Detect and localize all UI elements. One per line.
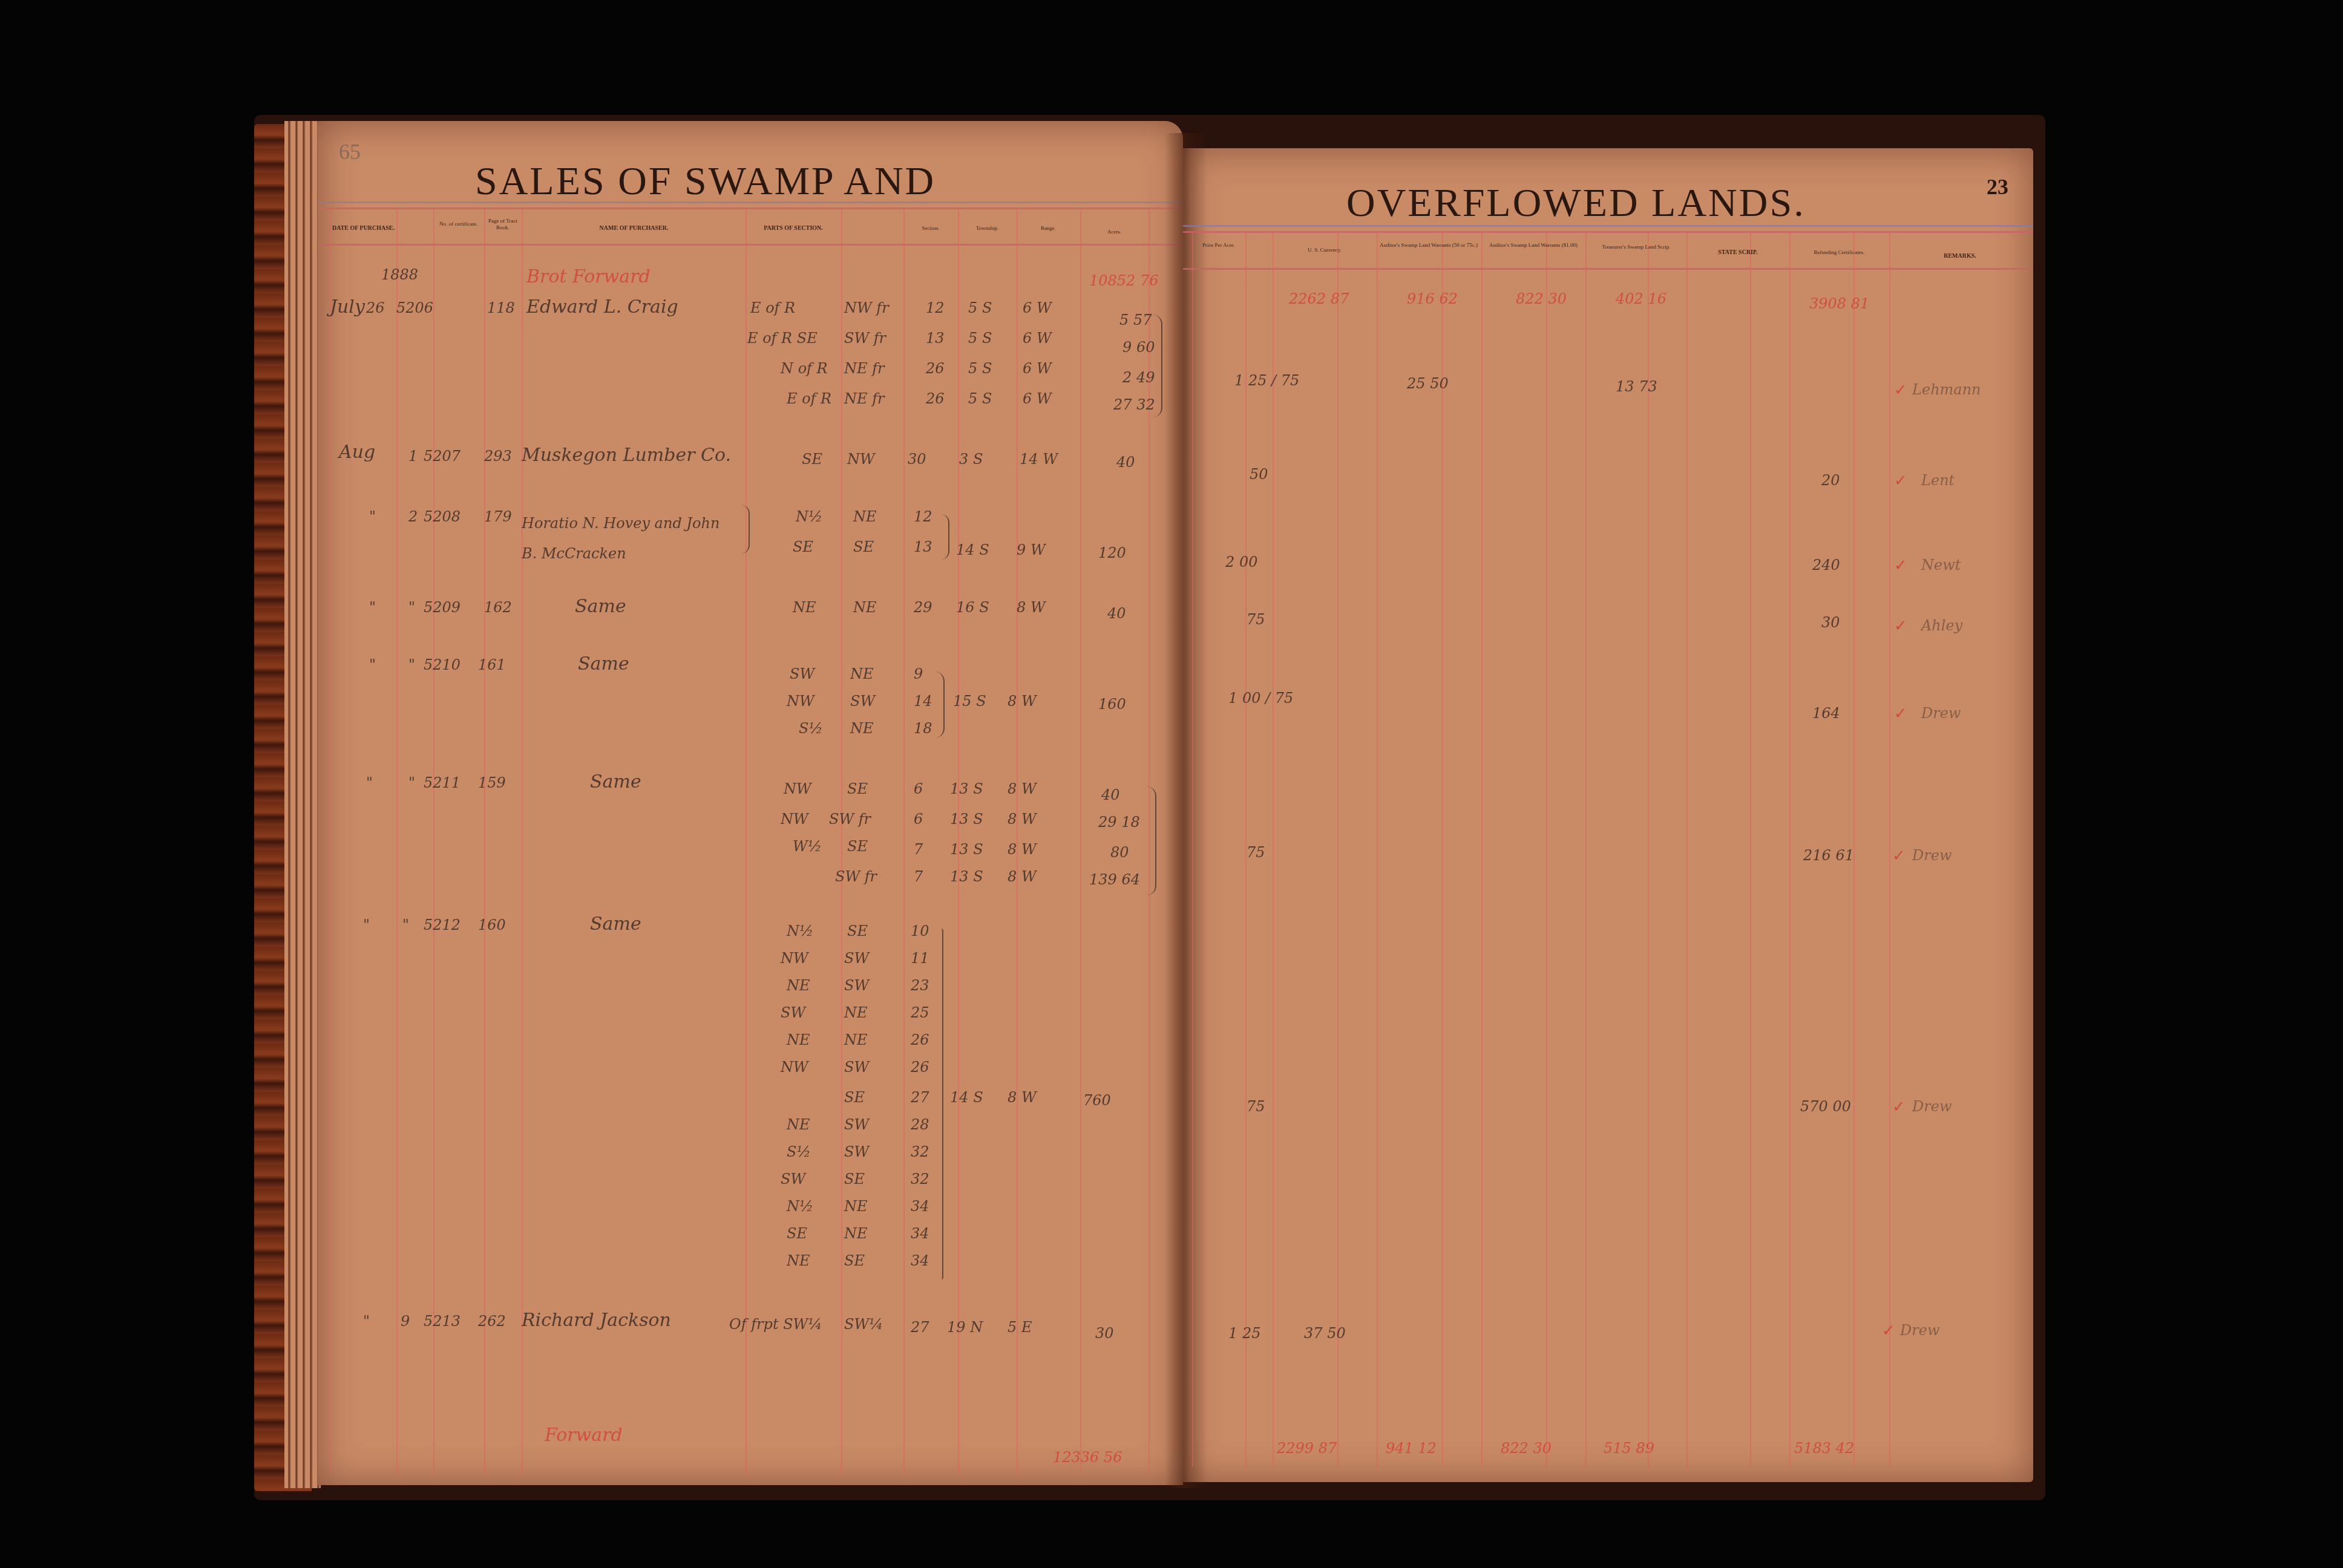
bracket: [935, 671, 945, 738]
brought-forward-label: Brot Forward: [526, 266, 650, 287]
column-rule: [484, 209, 485, 1473]
section: 32: [911, 1143, 929, 1160]
section: 23: [911, 977, 929, 994]
part: NE: [787, 977, 810, 994]
header-double-rule: [318, 201, 1183, 203]
acres: 9 60: [1122, 339, 1155, 356]
section: 26: [926, 390, 945, 407]
quarter: SE: [844, 1089, 865, 1106]
township: 5 S: [968, 360, 992, 377]
entry-purchaser: Edward L. Craig: [526, 296, 678, 318]
part: E of R: [750, 299, 795, 316]
part: NW: [781, 1059, 808, 1076]
column-rule: [1546, 233, 1547, 1467]
entry-tract-page: 159: [478, 774, 506, 791]
entry-remarks: Ahley: [1921, 617, 1962, 634]
quarter: NW fr: [844, 299, 889, 316]
header-bottom-rule: [318, 244, 1183, 246]
part: SE: [793, 538, 813, 555]
entry-purchaser: Same: [590, 913, 641, 935]
header-date-of-purchase: DATE OF PURCHASE.: [332, 225, 395, 232]
brought-forward-auditor-100: 822 30: [1516, 290, 1567, 307]
section: 34: [911, 1252, 929, 1269]
bracket: [1147, 786, 1156, 895]
entry-certificate: 5212: [424, 916, 460, 933]
entry-certificate: 5211: [424, 774, 460, 791]
range: 8 W: [1008, 868, 1037, 885]
acres: 40: [1101, 786, 1120, 803]
header-parts-of-section: PARTS OF SECTION.: [747, 225, 840, 232]
brought-forward-acres: 10852 76: [1089, 272, 1159, 289]
quarter: SW fr: [835, 868, 877, 885]
section: 13: [926, 330, 945, 347]
part: N½: [787, 1198, 813, 1215]
entry-certificate: 5206: [396, 299, 433, 316]
header-bottom-rule: [1183, 268, 2033, 270]
section: 34: [911, 1198, 929, 1215]
section: 7: [914, 868, 923, 885]
entry-purchaser: Richard Jackson: [522, 1310, 671, 1331]
section: 11: [911, 950, 929, 967]
section: 32: [911, 1171, 929, 1187]
part: E of R: [787, 390, 831, 407]
entry-remarks: Drew: [1912, 847, 1951, 864]
township: 19 N: [947, 1319, 983, 1336]
carried-forward-us-currency: 2299 87: [1277, 1440, 1337, 1457]
entry-month: ": [363, 1313, 370, 1330]
quarter: NE fr: [844, 390, 885, 407]
header-auditor-warrants-100: Auditor's Swamp Land Warrants ($1.00): [1483, 242, 1584, 249]
range: 6 W: [1023, 299, 1052, 316]
year: 1888: [381, 266, 418, 283]
quarter: SW: [844, 1143, 869, 1160]
entry-tract-page: 293: [484, 448, 512, 465]
entry-auditor-50-75: 25 50: [1407, 375, 1449, 392]
quarter: NE: [853, 599, 877, 616]
part: NW: [787, 693, 814, 710]
book-gutter: [1165, 133, 1207, 1488]
column-rule: [1686, 233, 1688, 1467]
header-certificate-no: No. of certificate.: [434, 221, 483, 227]
column-rule: [1337, 233, 1339, 1467]
entry-month: July: [330, 296, 365, 318]
column-rule: [522, 209, 523, 1473]
range: 5 E: [1008, 1319, 1032, 1336]
header-state-scrip: STATE SCRIP.: [1688, 249, 1788, 256]
part: NW: [781, 811, 808, 828]
quarter: SW: [844, 1059, 869, 1076]
part: S½: [787, 1143, 811, 1160]
entry-month: ": [369, 599, 376, 616]
check-mark-icon: ✓: [1894, 472, 1907, 490]
entry-price: 50: [1250, 466, 1268, 483]
part: N of R: [781, 360, 828, 377]
township: 13 S: [950, 868, 983, 885]
quarter: SW fr: [829, 811, 871, 828]
carried-forward-acres: 12336 56: [1053, 1449, 1122, 1466]
header-auditor-warrants-50-75: Auditor's Swamp Land Warrants (50 or 75c…: [1378, 242, 1480, 249]
part: N½: [787, 923, 813, 939]
entry-price: 1 25 / 75: [1234, 372, 1299, 389]
column-rule: [1481, 233, 1483, 1467]
township: 15 S: [953, 693, 986, 710]
quarter: SW fr: [844, 330, 886, 347]
entry-price: 75: [1247, 611, 1265, 628]
header-us-currency: U. S. Currency.: [1274, 247, 1375, 253]
carried-forward-auditor-100: 822 30: [1501, 1440, 1552, 1457]
column-rule: [903, 209, 905, 1473]
quarter: NW: [847, 451, 875, 468]
left-page-number: 65: [339, 139, 361, 165]
quarter: SW: [850, 693, 875, 710]
section: 13: [914, 538, 932, 555]
entry-certificate: 5210: [424, 656, 460, 673]
quarter: NE fr: [844, 360, 885, 377]
section: 27: [911, 1089, 929, 1106]
quarter: NE: [844, 1225, 868, 1242]
entry-tract-page: 179: [484, 508, 512, 525]
entry-certificate: 5209: [424, 599, 460, 616]
entry-remarks: Lent: [1921, 472, 1955, 489]
entry-remarks: Lehmann: [1912, 381, 1981, 398]
entry-month: ": [366, 774, 373, 791]
township: 13 S: [950, 780, 983, 797]
part: W½: [793, 838, 822, 855]
section: 10: [911, 923, 929, 939]
entry-tract-page: 161: [478, 656, 506, 673]
entry-day: ": [408, 774, 415, 791]
page-edges: [284, 121, 321, 1488]
township: 14 S: [950, 1089, 983, 1106]
check-mark-icon: ✓: [1892, 1098, 1906, 1116]
quarter: SW: [844, 1116, 869, 1133]
entry-price: 1 00 / 75: [1228, 690, 1293, 707]
column-rule: [1192, 233, 1193, 1467]
left-page: [318, 121, 1183, 1485]
acres: 160: [1098, 696, 1126, 713]
township: 3 S: [959, 451, 983, 468]
entry-us-currency: 37 50: [1304, 1325, 1346, 1342]
acres: 40: [1107, 605, 1126, 622]
acres: 40: [1116, 454, 1135, 471]
entry-purchaser: Same: [578, 653, 629, 675]
entry-tract-page: 162: [484, 599, 512, 616]
quarter: NE: [844, 1198, 868, 1215]
quarter: NE: [844, 1031, 868, 1048]
entry-treasurer-scrip: 13 73: [1616, 378, 1657, 395]
part: NW: [781, 950, 808, 967]
entry-price: 2 00: [1225, 554, 1257, 570]
township: 13 S: [950, 841, 983, 858]
part: N½: [796, 508, 822, 525]
acres: 760: [1083, 1092, 1111, 1109]
carried-forward-refunding: 5183 42: [1794, 1440, 1854, 1457]
range: 8 W: [1008, 693, 1037, 710]
entry-price: 1 25: [1228, 1325, 1260, 1342]
part: SE: [787, 1225, 807, 1242]
quarter: SE: [847, 923, 868, 939]
acres: 2 49: [1122, 369, 1155, 386]
column-rule: [1585, 233, 1587, 1467]
bracket: [935, 929, 943, 1279]
entry-day: 1: [408, 448, 418, 465]
acres: 30: [1095, 1325, 1114, 1342]
column-rule: [841, 209, 842, 1473]
part: Of frpt SW¼: [729, 1316, 822, 1333]
quarter: SW¼: [844, 1316, 883, 1333]
entry-month: ": [363, 916, 370, 933]
header-township: Township.: [958, 225, 1017, 232]
entry-day: 9: [401, 1313, 410, 1330]
entry-remarks: Drew: [1921, 705, 1961, 722]
entry-purchaser: Horatio N. Hovey and John B. McCracken: [522, 508, 739, 569]
check-mark-icon: ✓: [1892, 847, 1906, 865]
entry-day: ": [402, 916, 409, 933]
entry-day: 2: [408, 508, 418, 525]
column-rule: [330, 209, 331, 1473]
entry-refunding: 216 61: [1803, 847, 1854, 864]
entry-purchaser: Same: [575, 596, 626, 617]
entry-day: ": [408, 656, 415, 673]
check-mark-icon: ✓: [1894, 557, 1907, 575]
range: 8 W: [1008, 841, 1037, 858]
range: 6 W: [1023, 330, 1052, 347]
entry-purchaser: Same: [590, 771, 641, 792]
quarter: NE: [853, 508, 877, 525]
section: 26: [911, 1059, 929, 1076]
section: 26: [911, 1031, 929, 1048]
entry-refunding: 240: [1812, 557, 1840, 573]
bracket: [941, 514, 949, 560]
brought-forward-refunding: 3908 81: [1809, 295, 1869, 312]
brought-forward-treasurer-scrip: 402 16: [1616, 290, 1666, 307]
column-rule: [1889, 233, 1890, 1467]
right-page-number: 23: [1987, 174, 2008, 200]
quarter: SW: [844, 950, 869, 967]
column-rule: [1789, 233, 1791, 1467]
section: 27: [911, 1319, 929, 1336]
range: 6 W: [1023, 360, 1052, 377]
entry-refunding: 570 00: [1800, 1098, 1851, 1115]
quarter: SE: [847, 838, 868, 855]
entry-price: 75: [1247, 844, 1265, 861]
entry-refunding: 30: [1821, 614, 1840, 631]
column-rule: [396, 209, 398, 1473]
column-rule: [1648, 233, 1649, 1467]
range: 9 W: [1017, 541, 1046, 558]
section: 9: [914, 665, 923, 682]
left-page-title: SALES OF SWAMP AND: [475, 158, 936, 204]
range: 8 W: [1017, 599, 1046, 616]
part: NE: [787, 1116, 810, 1133]
header-remarks: REMARKS.: [1890, 253, 2030, 260]
section: 30: [908, 451, 926, 468]
section: 14: [914, 693, 932, 710]
column-rule: [1442, 233, 1443, 1467]
range: 8 W: [1008, 811, 1037, 828]
header-price-per-acre: Price Per Acre.: [1193, 242, 1244, 249]
header-acres: Acres.: [1080, 229, 1149, 235]
part: NE: [793, 599, 816, 616]
township: 16 S: [956, 599, 989, 616]
header-range: Range.: [1017, 225, 1080, 232]
range: 14 W: [1020, 451, 1058, 468]
section: 12: [926, 299, 945, 316]
entry-remarks: Newt: [1921, 557, 1961, 573]
quarter: SW: [844, 977, 869, 994]
section: 12: [914, 508, 932, 525]
section: 7: [914, 841, 923, 858]
acres: 139 64: [1089, 871, 1140, 888]
township: 13 S: [950, 811, 983, 828]
entry-month: ": [369, 508, 376, 525]
section: 29: [914, 599, 932, 616]
column-rule: [745, 209, 747, 1473]
range: 6 W: [1023, 390, 1052, 407]
entry-month: Aug: [339, 442, 375, 463]
township: 5 S: [968, 330, 992, 347]
check-mark-icon: ✓: [1894, 617, 1907, 635]
acres: 80: [1110, 844, 1129, 861]
entry-refunding: 20: [1821, 472, 1840, 489]
township: 14 S: [956, 541, 989, 558]
entry-day: 26: [366, 299, 385, 316]
column-rule: [1750, 233, 1751, 1467]
entry-price: 75: [1247, 1098, 1265, 1115]
entry-refunding: 164: [1812, 705, 1840, 722]
entry-certificate: 5213: [424, 1313, 460, 1330]
quarter: SE: [844, 1171, 865, 1187]
acres: 5 57: [1119, 312, 1152, 328]
column-rule: [1080, 209, 1081, 1473]
entry-purchaser: Muskegon Lumber Co.: [522, 445, 731, 466]
bracket: [1153, 315, 1162, 417]
quarter: SE: [844, 1252, 865, 1269]
part: NW: [784, 780, 811, 797]
section: 18: [914, 720, 932, 737]
header-rule: [318, 207, 1183, 209]
header-section: Section.: [903, 225, 958, 232]
right-page: [1183, 148, 2033, 1482]
township: 5 S: [968, 299, 992, 316]
part: NE: [787, 1252, 810, 1269]
part: NE: [787, 1031, 810, 1048]
entry-tract-page: 160: [478, 916, 506, 933]
acres: 27 32: [1113, 396, 1155, 413]
brought-forward-auditor-50-75: 916 62: [1407, 290, 1458, 307]
header-treasurer-scrip: Treasurer's Swamp Land Scrip.: [1587, 244, 1686, 250]
header-name-of-purchaser: NAME OF PURCHASER.: [523, 225, 744, 232]
header-tract-book-page: Page of Tract Book.: [485, 218, 520, 231]
part: SW: [781, 1171, 805, 1187]
section: 6: [914, 811, 923, 828]
entry-day: ": [408, 599, 415, 616]
carried-forward-auditor-50-75: 941 12: [1386, 1440, 1437, 1457]
acres: 29 18: [1098, 814, 1140, 831]
check-mark-icon: ✓: [1894, 381, 1907, 399]
range: 8 W: [1008, 780, 1037, 797]
column-rule: [1273, 233, 1274, 1467]
entry-remarks: Drew: [1900, 1322, 1939, 1339]
right-page-title: OVERFLOWED LANDS.: [1346, 180, 1806, 226]
section: 28: [911, 1116, 929, 1133]
entry-tract-page: 118: [487, 299, 515, 316]
entry-tract-page: 262: [478, 1313, 506, 1330]
check-mark-icon: ✓: [1882, 1322, 1895, 1340]
section: 34: [911, 1225, 929, 1242]
part: SW: [781, 1004, 805, 1021]
section: 25: [911, 1004, 929, 1021]
entry-remarks: Drew: [1912, 1098, 1951, 1115]
range: 8 W: [1008, 1089, 1037, 1106]
part: SE: [802, 451, 822, 468]
part: SW: [790, 665, 814, 682]
entry-certificate: 5208: [424, 508, 460, 525]
header-double-rule: [1183, 225, 2033, 227]
quarter: SE: [853, 538, 874, 555]
quarter: NE: [850, 665, 874, 682]
entry-month: ": [369, 656, 376, 673]
column-rule: [1377, 233, 1378, 1467]
bracket: [741, 505, 750, 554]
entry-certificate: 5207: [424, 448, 460, 465]
township: 5 S: [968, 390, 992, 407]
quarter: SE: [847, 780, 868, 797]
section: 26: [926, 360, 945, 377]
quarter: NE: [844, 1004, 868, 1021]
part: E of R SE: [747, 330, 818, 347]
check-mark-icon: ✓: [1894, 705, 1907, 723]
quarter: NE: [850, 720, 874, 737]
part: S½: [799, 720, 823, 737]
header-rule: [1183, 231, 2033, 233]
acres: 120: [1098, 544, 1126, 561]
brought-forward-us-currency: 2262 87: [1289, 290, 1349, 307]
column-rule: [433, 209, 434, 1473]
carried-forward-label: Forward: [545, 1425, 623, 1446]
header-refunding-certificates: Refunding Certificates.: [1791, 249, 1888, 256]
carried-forward-treasurer-scrip: 515 89: [1604, 1440, 1654, 1457]
section: 6: [914, 780, 923, 797]
